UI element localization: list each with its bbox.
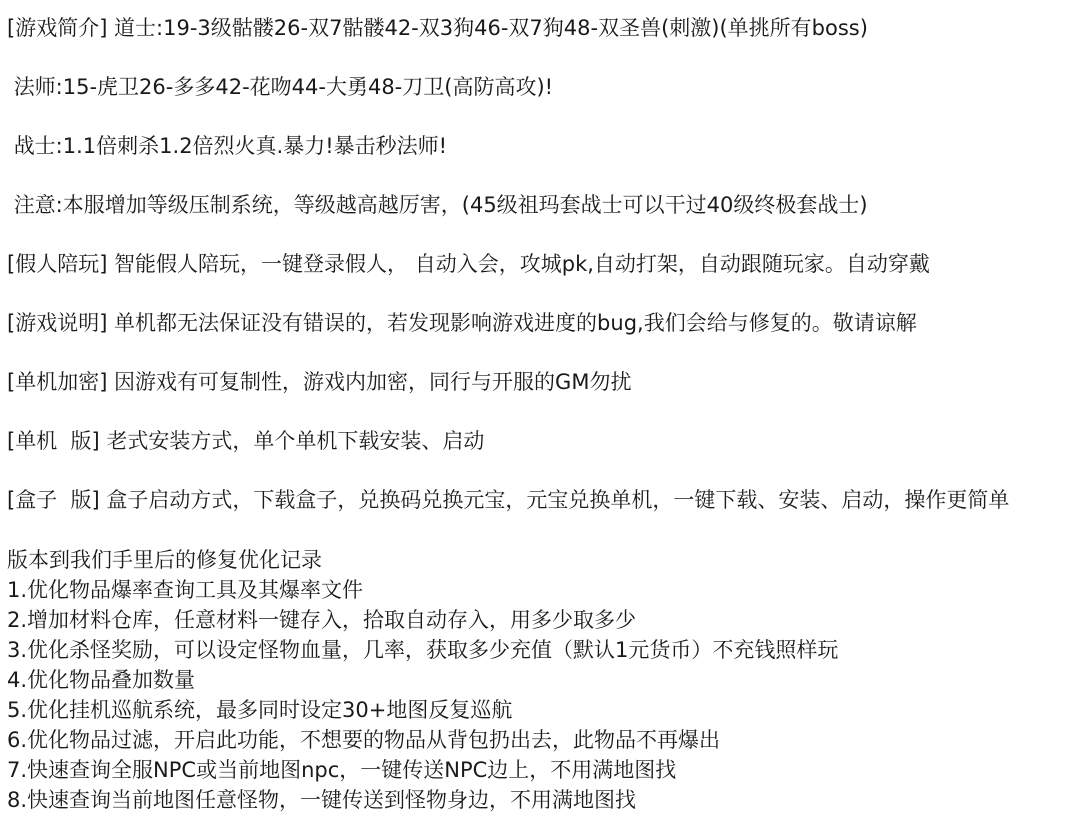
- intro-line-bot-companion: [假人陪玩] 智能假人陪玩，一键登录假人， 自动入会，攻城pk,自动打架，自动跟…: [7, 250, 1064, 280]
- changelog-item-3: 3.优化杀怪奖励，可以设定怪物血量，几率，获取多少充值（默认1元货币）不充钱照样…: [7, 635, 1064, 665]
- intro-line-game-summary: [游戏简介] 道士:19-3级骷髅26-双7骷髅42-双3狗46-双7狗48-双…: [7, 14, 1064, 44]
- changelog-item-5: 5.优化挂机巡航系统，最多同时设定30+地图反复巡航: [7, 695, 1064, 725]
- intro-line-standalone-ver: [单机 版] 老式安装方式，单个单机下载安装、启动: [7, 427, 1064, 457]
- changelog-item-4: 4.优化物品叠加数量: [7, 665, 1064, 695]
- changelog-item-7: 7.快速查询全服NPC或当前地图npc，一键传送NPC边上，不用满地图找: [7, 755, 1064, 785]
- changelog-item-2: 2.增加材料仓库，任意材料一键存入，拾取自动存入，用多少取多少: [7, 605, 1064, 635]
- intro-line-warrior: 战士:1.1倍刺杀1.2倍烈火真.暴力!暴击秒法师!: [7, 132, 1064, 162]
- changelog-item-8: 8.快速查询当前地图任意怪物，一键传送到怪物身边，不用满地图找: [7, 785, 1064, 815]
- changelog-heading: 版本到我们手里后的修复优化记录: [7, 545, 1064, 575]
- changelog-section: 版本到我们手里后的修复优化记录 1.优化物品爆率查询工具及其爆率文件 2.增加材…: [7, 545, 1064, 815]
- intro-line-mage: 法师:15-虎卫26-多多42-花吻44-大勇48-刀卫(高防高攻)!: [7, 73, 1064, 103]
- intro-line-game-notes: [游戏说明] 单机都无法保证没有错误的，若发现影响游戏进度的bug,我们会给与修…: [7, 309, 1064, 339]
- game-intro-document: [游戏简介] 道士:19-3级骷髅26-双7骷髅42-双3狗46-双7狗48-双…: [0, 0, 1070, 815]
- intro-line-level-notice: 注意:本服增加等级压制系统，等级越高越厉害，(45级祖玛套战士可以干过40级终极…: [7, 191, 1064, 221]
- changelog-item-6: 6.优化物品过滤，开启此功能，不想要的物品从背包扔出去，此物品不再爆出: [7, 725, 1064, 755]
- intro-line-encryption: [单机加密] 因游戏有可复制性，游戏内加密，同行与开服的GM勿扰: [7, 368, 1064, 398]
- changelog-item-1: 1.优化物品爆率查询工具及其爆率文件: [7, 575, 1064, 605]
- intro-line-box-ver: [盒子 版] 盒子启动方式，下载盒子，兑换码兑换元宝，元宝兑换单机，一键下载、安…: [7, 486, 1064, 516]
